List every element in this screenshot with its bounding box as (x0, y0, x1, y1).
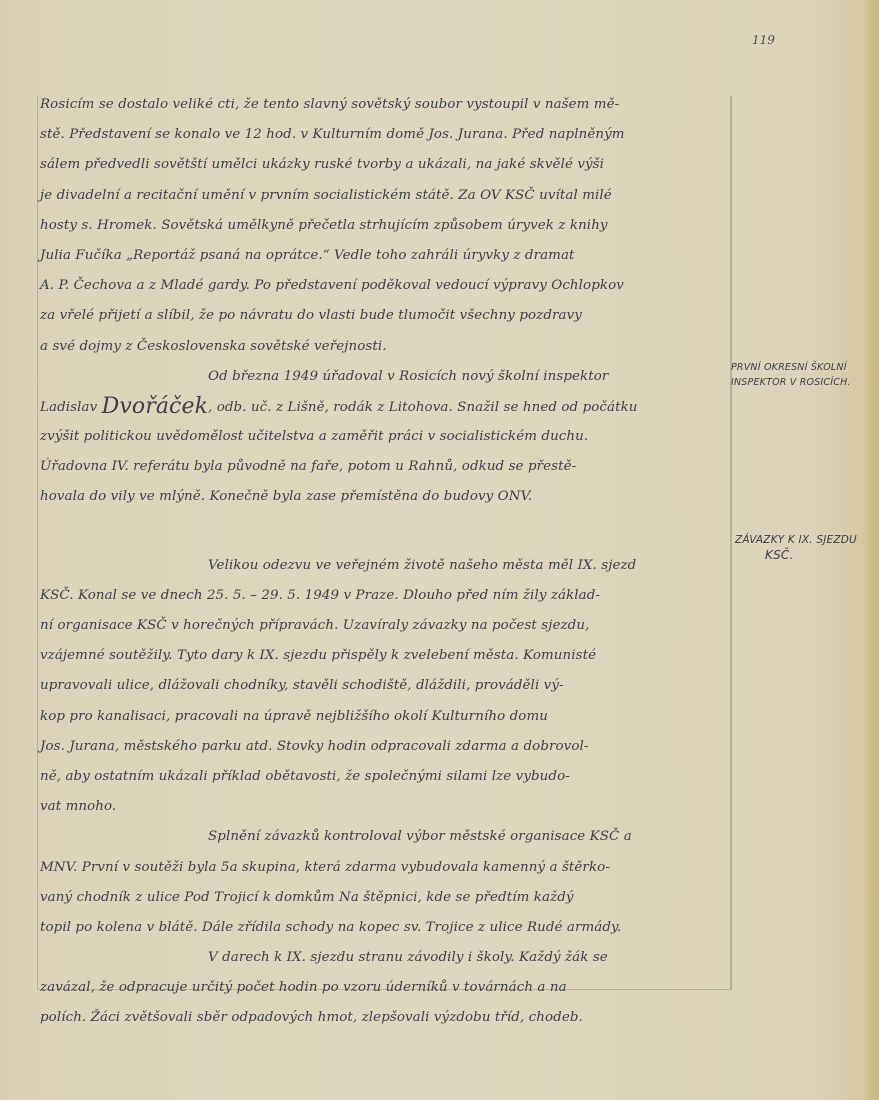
margin-note-line: KSČ. (735, 548, 857, 563)
margin-note-line: inspektor v Rosicích. (731, 375, 851, 390)
text-line: sálem předvedli sovětští umělci ukázky r… (40, 150, 740, 180)
text-line: Jos. Jurana, městského parku atd. Stovky… (40, 732, 740, 762)
margin-note-line: Závazky k IX. sjezdu (735, 533, 857, 548)
margin-note-school-inspector: První okresní školní inspektor v Rosicíc… (731, 360, 851, 390)
text-line: stě. Představení se konalo ve 12 hod. v … (40, 120, 740, 150)
text-fragment: Ladislav (40, 400, 97, 415)
text-line: KSČ. Konal se ve dnech 25. 5. – 29. 5. 1… (40, 581, 740, 611)
text-line: upravovali ulice, dlážovali chodníky, st… (40, 671, 740, 701)
paragraph-schools: V darech k IX. sjezdu stranu závodily i … (40, 943, 740, 1034)
paragraph-soviet-ensemble: Rosicím se dostalo veliké cti, že tento … (40, 90, 740, 362)
text-line: Ladislav Dvořáček, odb. uč. z Lišně, rod… (40, 392, 740, 422)
text-line: Rosicím se dostalo veliké cti, že tento … (40, 90, 740, 120)
notebook-page: 119 Rosicím se dostalo veliké cti, že te… (0, 0, 879, 1100)
page-number: 119 (752, 33, 775, 47)
text-line: je divadelní a recitační umění v prvním … (40, 181, 740, 211)
text-line: ně, aby ostatním ukázali příklad obětavo… (40, 762, 740, 792)
text-line: A. P. Čechova a z Mladé gardy. Po předst… (40, 271, 740, 301)
text-line: topil po kolena v blátě. Dále zřídila sc… (40, 913, 740, 943)
paragraph-ix-congress: Velikou odezvu ve veřejném životě našeho… (40, 551, 740, 823)
text-line: MNV. První v soutěži byla 5a skupina, kt… (40, 853, 740, 883)
paragraph-gap (40, 513, 740, 551)
text-line: ní organisace KSČ v horečných přípravách… (40, 611, 740, 641)
chronicle-text: Rosicím se dostalo veliké cti, že tento … (40, 90, 740, 1034)
margin-note-line: První okresní školní (731, 360, 851, 375)
inspector-name: Dvořáček (102, 394, 208, 419)
text-line: V darech k IX. sjezdu stranu závodily i … (40, 943, 740, 973)
text-line: a své dojmy z Československa sovětské ve… (40, 332, 740, 362)
text-line: polích. Žáci zvětšovali sběr odpadových … (40, 1003, 740, 1033)
text-line: zvýšit politickou uvědomělost učitelstva… (40, 422, 740, 452)
text-line: zavázal, že odpracuje určitý počet hodin… (40, 973, 740, 1003)
text-line: vat mnoho. (40, 792, 740, 822)
text-line: vaný chodník z ulice Pod Trojicí k domků… (40, 883, 740, 913)
text-line: vzájemné soutěžily. Tyto dary k IX. sjez… (40, 641, 740, 671)
text-line: hovala do vily ve mlýně. Konečně byla za… (40, 482, 740, 512)
text-line: Splnění závazků kontroloval výbor městsk… (40, 822, 740, 852)
text-line: Velikou odezvu ve veřejném životě našeho… (40, 551, 740, 581)
paragraph-commitments: Splnění závazků kontroloval výbor městsk… (40, 822, 740, 943)
text-line: kop pro kanalisaci, pracovali na úpravě … (40, 702, 740, 732)
text-line: za vřelé přijetí a slíbil, že po návratu… (40, 301, 740, 331)
text-line: Úřadovna IV. referátu byla původně na fa… (40, 452, 740, 482)
paragraph-school-inspector: Od března 1949 úřadoval v Rosicích nový … (40, 362, 740, 513)
margin-note-congress-commitments: Závazky k IX. sjezdu KSČ. (735, 533, 857, 563)
text-line: Od března 1949 úřadoval v Rosicích nový … (40, 362, 740, 392)
text-line: Julia Fučíka „Reportáž psaná na oprátce.… (40, 241, 740, 271)
text-fragment: , odb. uč. z Lišně, rodák z Litohova. Sn… (208, 400, 638, 415)
text-line: hosty s. Hromek. Sovětská umělkyně přeče… (40, 211, 740, 241)
